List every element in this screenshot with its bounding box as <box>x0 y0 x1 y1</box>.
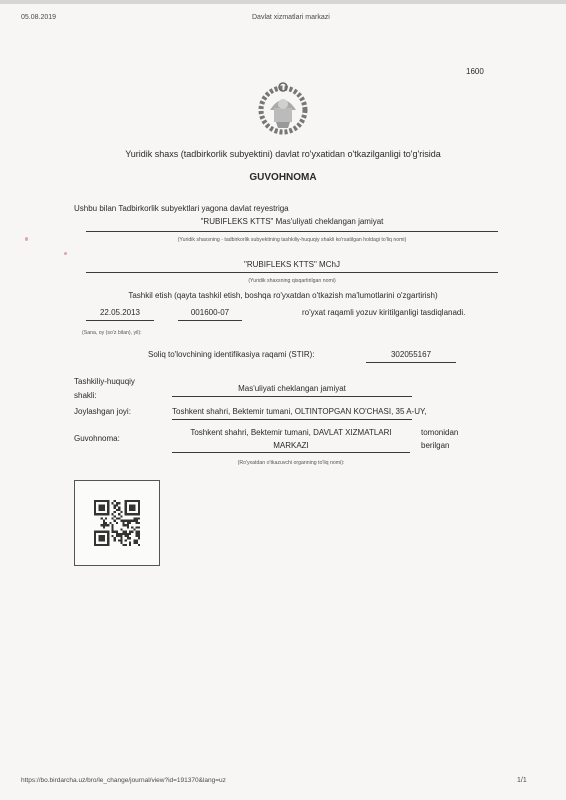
document-number: 1600 <box>466 67 484 76</box>
print-date: 05.08.2019 <box>21 14 56 21</box>
stir-value: 302055167 <box>366 350 456 359</box>
issuer-caption: (Ro'yxatdan o'tkazuvchi organning to'liq… <box>172 460 410 466</box>
stray-mark <box>25 237 28 241</box>
registration-date-underline <box>86 320 154 321</box>
stray-mark <box>64 252 67 255</box>
issued-by-1: tomonidan <box>421 428 458 437</box>
issuer-line-1: Toshkent shahri, Bektemir tumani, DAVLAT… <box>172 428 410 437</box>
registration-number: 001600-07 <box>178 308 242 317</box>
legal-form-value: Mas'uliyati cheklangan jamiyat <box>172 384 412 393</box>
qr-code-icon <box>94 500 140 546</box>
intro-text: Ushbu bilan Tadbirkorlik subyektlari yag… <box>74 204 289 213</box>
print-url: https://bo.birdarcha.uz/bro/le_change/jo… <box>21 777 226 784</box>
location-value: Toshkent shahri, Bektemir tumani, OLTINT… <box>172 407 412 416</box>
establishment-text: Tashkil etish (qayta tashkil etish, bosh… <box>0 291 566 300</box>
registration-date: 22.05.2013 <box>86 308 154 317</box>
legal-form-underline <box>172 396 412 397</box>
short-name-underline <box>86 272 498 273</box>
short-name: "RUBIFLEKS KTTS" MChJ <box>86 260 498 269</box>
full-name-caption: (Yuridik shaxsning - tadbirkorlik subyek… <box>86 237 498 243</box>
stir-underline <box>366 362 456 363</box>
location-label: Joylashgan joyi: <box>74 407 131 416</box>
print-page-number: 1/1 <box>517 777 527 784</box>
stir-label: Soliq to'lovchining identifikasiya raqam… <box>148 350 314 359</box>
page-top-edge <box>0 0 566 4</box>
issuer-underline <box>172 452 410 453</box>
location-underline <box>172 419 412 420</box>
issued-by-2: berilgan <box>421 441 449 450</box>
registration-confirm: ro'yxat raqamli yozuv kiritilganligi tas… <box>302 308 465 317</box>
legal-form-label-2: shakli: <box>74 391 97 400</box>
registration-number-underline <box>178 320 242 321</box>
issuer-line-2: MARKAZI <box>172 441 410 450</box>
document-subtitle: Yuridik shaxs (tadbirkorlik subyektini) … <box>0 149 566 159</box>
print-title: Davlat xizmatlari markazi <box>252 14 330 21</box>
full-name-underline <box>86 231 498 232</box>
certificate-label: Guvohnoma: <box>74 434 120 443</box>
document-title: GUVOHNOMA <box>0 172 566 183</box>
full-name: "RUBIFLEKS KTTS" Mas'uliyati cheklangan … <box>86 217 498 226</box>
legal-form-label-1: Tashkiliy-huquqiy <box>74 377 135 386</box>
state-emblem-icon <box>254 80 312 136</box>
qr-code-frame <box>74 480 160 566</box>
date-caption: (Sana, oy (so'z bilan), yil): <box>82 330 142 336</box>
short-name-caption: (Yuridik shaxsning qisqartirilgan nomi) <box>86 278 498 284</box>
